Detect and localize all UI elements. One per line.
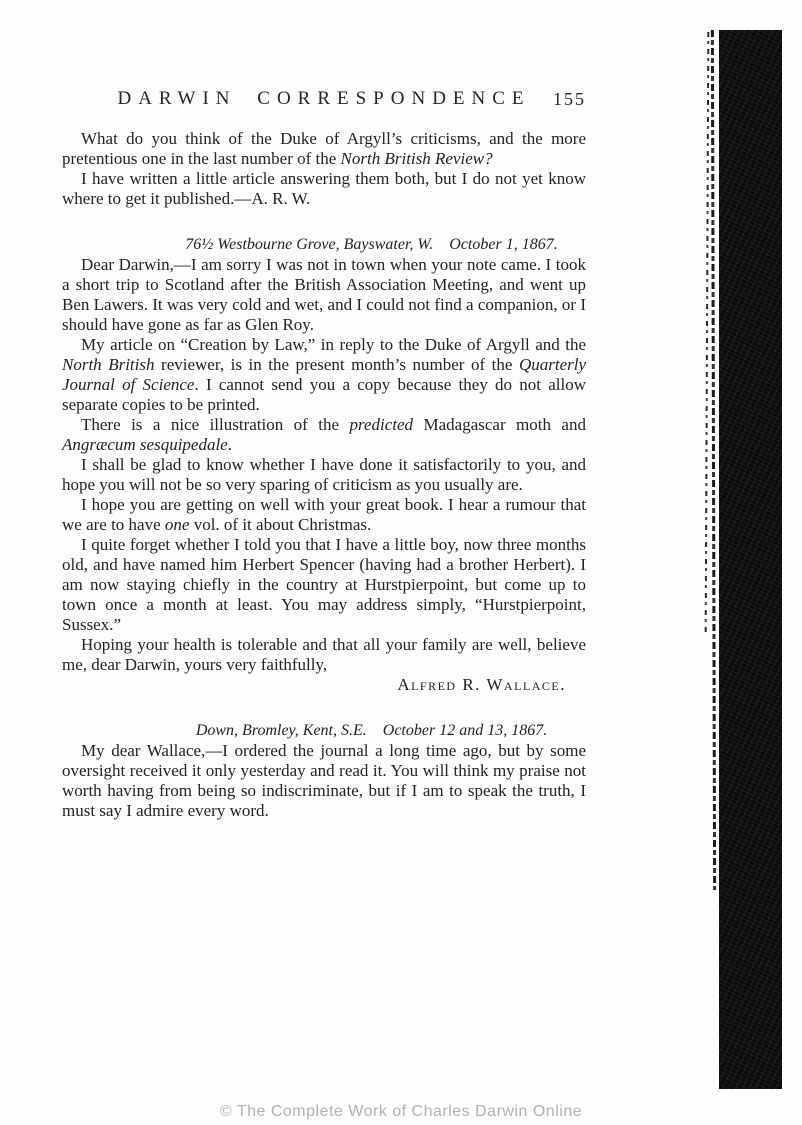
text-run: predicted <box>349 415 413 434</box>
text-run: reviewer, is in the present month’s numb… <box>155 355 519 374</box>
text-run: . <box>228 435 232 454</box>
paragraph: My dear Wallace,—I ordered the journal a… <box>62 741 586 821</box>
paragraph: I shall be glad to know whether I have d… <box>62 455 586 495</box>
paragraph: Dear Darwin,—I am sorry I was not in tow… <box>62 255 586 335</box>
page-number: 155 <box>553 89 586 110</box>
text-column: DARWIN CORRESPONDENCE 155 What do you th… <box>62 88 586 821</box>
text-run: Down, Bromley, Kent, S.E. October 12 and… <box>196 722 547 739</box>
page-edge-line <box>711 30 716 890</box>
paragraph: Hoping your health is tolerable and that… <box>62 635 586 675</box>
text-run: one <box>165 515 190 534</box>
paragraph: I quite forget whether I told you that I… <box>62 535 586 635</box>
text-run: My dear Wallace,—I ordered the journal a… <box>62 741 586 820</box>
page-header-title: DARWIN CORRESPONDENCE <box>117 88 530 109</box>
text-run: I have written a little article answerin… <box>62 169 586 208</box>
page-body: What do you think of the Duke of Argyll’… <box>62 129 586 821</box>
text-run: Alfred R. Wallace. <box>397 675 566 694</box>
text-run: I shall be glad to know whether I have d… <box>62 455 586 494</box>
text-run: There is a nice illustration of the <box>81 415 349 434</box>
paragraph: I hope you are getting on well with your… <box>62 495 586 535</box>
letterhead: 76½ Westbourne Grove, Bayswater, W. Octo… <box>62 234 586 255</box>
text-run: Angræcum sesquipedale <box>62 435 228 454</box>
text-run: Dear Darwin,—I am sorry I was not in tow… <box>62 255 586 334</box>
letterhead: Down, Bromley, Kent, S.E. October 12 and… <box>62 720 586 741</box>
paragraph: My article on “Creation by Law,” in repl… <box>62 335 586 415</box>
text-run: Hoping your health is tolerable and that… <box>62 635 586 674</box>
text-run: North British Review? <box>341 149 493 168</box>
running-head: DARWIN CORRESPONDENCE 155 <box>62 88 586 110</box>
paragraph: What do you think of the Duke of Argyll’… <box>62 129 586 169</box>
text-run: vol. of it about Christmas. <box>189 515 371 534</box>
page-edge-line <box>705 32 710 632</box>
text-run: 76½ Westbourne Grove, Bayswater, W. Octo… <box>185 236 557 253</box>
signature: Alfred R. Wallace. <box>62 675 586 695</box>
copyright-footer: © The Complete Work of Charles Darwin On… <box>0 1103 802 1121</box>
paragraph: There is a nice illustration of the pred… <box>62 415 586 455</box>
text-run: My article on “Creation by Law,” in repl… <box>81 335 586 354</box>
text-run: Madagascar moth and <box>413 415 586 434</box>
text-run: North British <box>62 355 155 374</box>
scanned-book-page: DARWIN CORRESPONDENCE 155 What do you th… <box>0 0 802 1125</box>
paragraph: I have written a little article answerin… <box>62 169 586 209</box>
scan-gutter-shadow <box>719 30 782 1089</box>
text-run: I quite forget whether I told you that I… <box>62 535 586 634</box>
text-run: What do you think of the Duke of Argyll’… <box>62 129 586 168</box>
